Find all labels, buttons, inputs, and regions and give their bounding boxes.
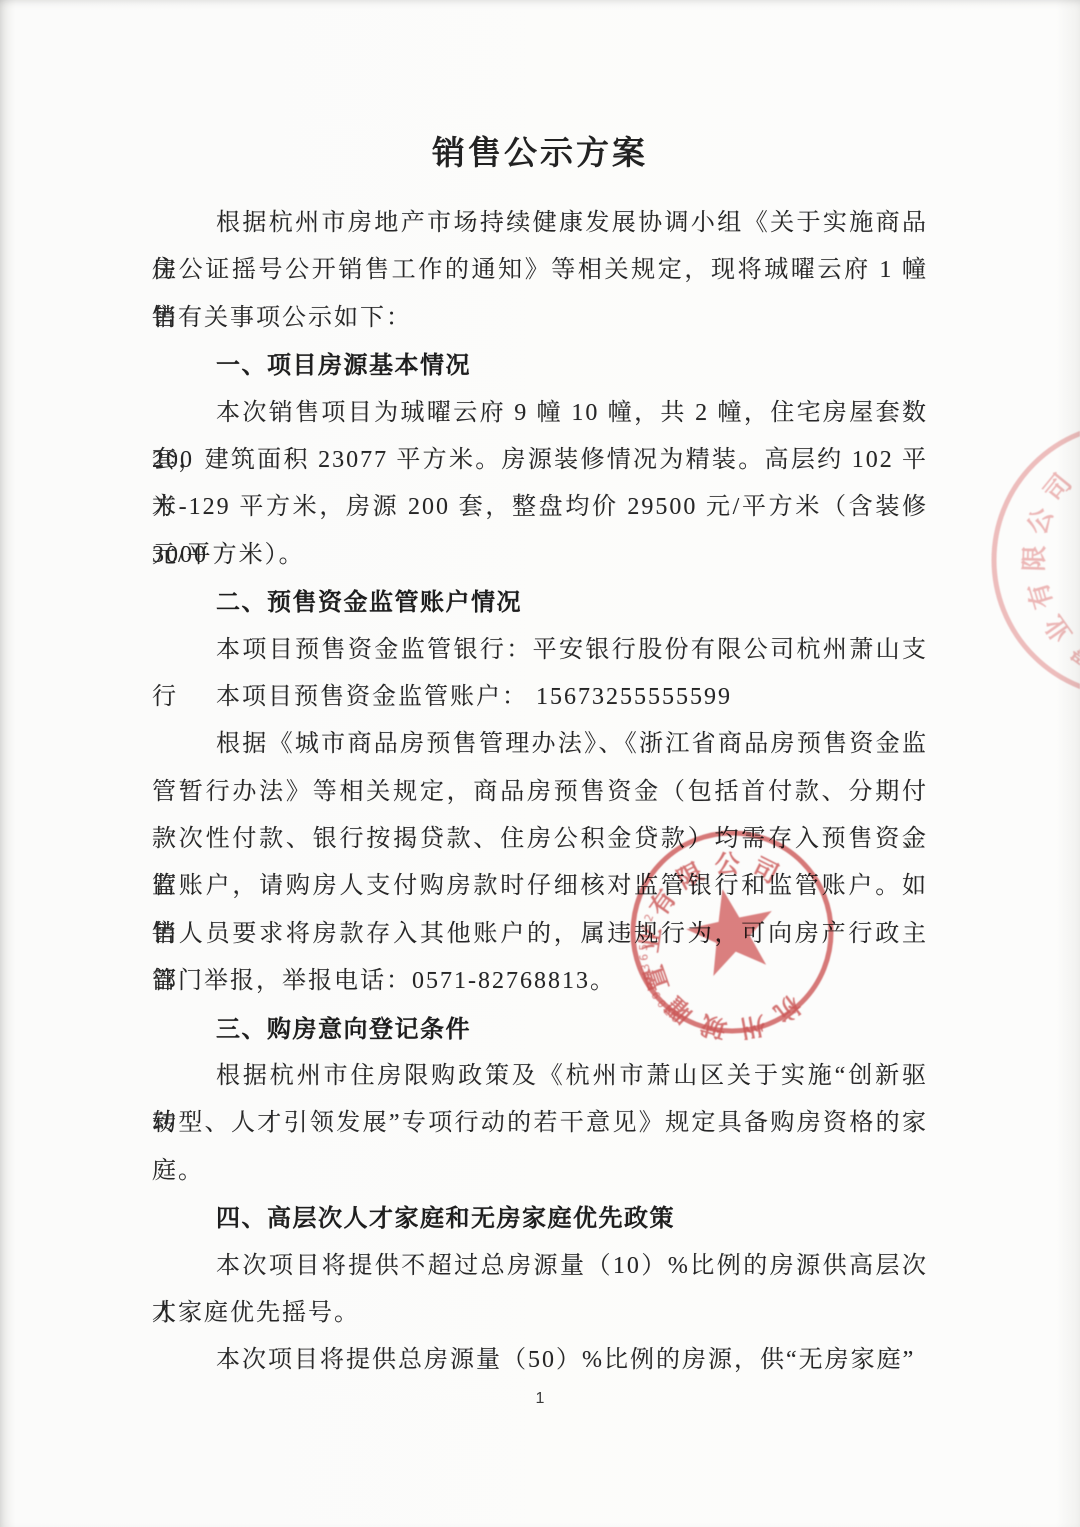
document-page: 销售公示方案 根据杭州市房地产市场持续健康发展协调小组《关于实施商品住 房公证摇… — [0, 0, 1080, 1527]
svg-text:置业有限公司: 置业有限公司 — [1019, 461, 1080, 675]
document-body: 销售公示方案 根据杭州市房地产市场持续健康发展协调小组《关于实施商品住 房公证摇… — [152, 0, 928, 1385]
partial-corner-seal: 置业有限公司 — [958, 428, 1080, 694]
corner-seal-ring-text: 置业有限公司 — [1019, 461, 1080, 675]
text-line: 管暂行办法》等相关规定，商品房预售资金（包括首付款、分期付款、 — [152, 769, 928, 816]
supervision-account-line: 本项目预售资金监管账户： 15673255555599 — [152, 674, 928, 721]
text-line: 房公证摇号公开销售工作的通知》等相关规定，现将珹曜云府 1 幢销 — [152, 247, 928, 294]
text-line: 米-129 平方米，房源 200 套，整盘均价 29500 元/平方米（含装修 … — [152, 484, 928, 531]
page-title: 销售公示方案 — [152, 0, 928, 180]
text-line: 本次项目将提供总房源量（50）%比例的房源，供“无房家庭” — [152, 1337, 928, 1384]
text-line: 根据杭州市住房限购政策及《杭州市萧山区关于实施“创新驱动 — [152, 1053, 928, 1100]
text-line: 元/平方米）。 — [152, 532, 928, 579]
text-line: 才家庭优先摇号。 — [152, 1290, 928, 1337]
page-number: 1 — [0, 1390, 1080, 1408]
text-line: 本次销售项目为珹曜云府 9 幢 10 幢，共 2 幢，住宅房屋套数 200 — [152, 390, 928, 437]
text-line: 本次项目将提供不超过总房源量（10）%比例的房源供高层次人 — [152, 1243, 928, 1290]
section-heading-2: 二、预售资金监管账户情况 — [152, 579, 928, 626]
text-line: 售有关事项公示如下： — [152, 295, 928, 342]
section-heading-1: 一、项目房源基本情况 — [152, 342, 928, 389]
supervision-bank-line: 本项目预售资金监管银行：平安银行股份有限公司杭州萧山支行 — [152, 627, 928, 674]
seal-star-icon — [680, 880, 783, 980]
text-line: 根据《城市商品房预售管理办法》、《浙江省商品房预售资金监 — [152, 721, 928, 768]
text-line: 庭。 — [152, 1148, 928, 1195]
text-line: 转型、人才引领发展”专项行动的若干意见》规定具备购房资格的家 — [152, 1100, 928, 1147]
section-heading-4: 四、高层次人才家庭和无房家庭优先政策 — [152, 1195, 928, 1242]
text-line: 根据杭州市房地产市场持续健康发展协调小组《关于实施商品住 — [152, 200, 928, 247]
text-line: 套，建筑面积 23077 平方米。房源装修情况为精装。高层约 102 平方 — [152, 437, 928, 484]
company-seal: 杭州珹曜置业有限公司 070950365052 — [622, 820, 842, 1040]
